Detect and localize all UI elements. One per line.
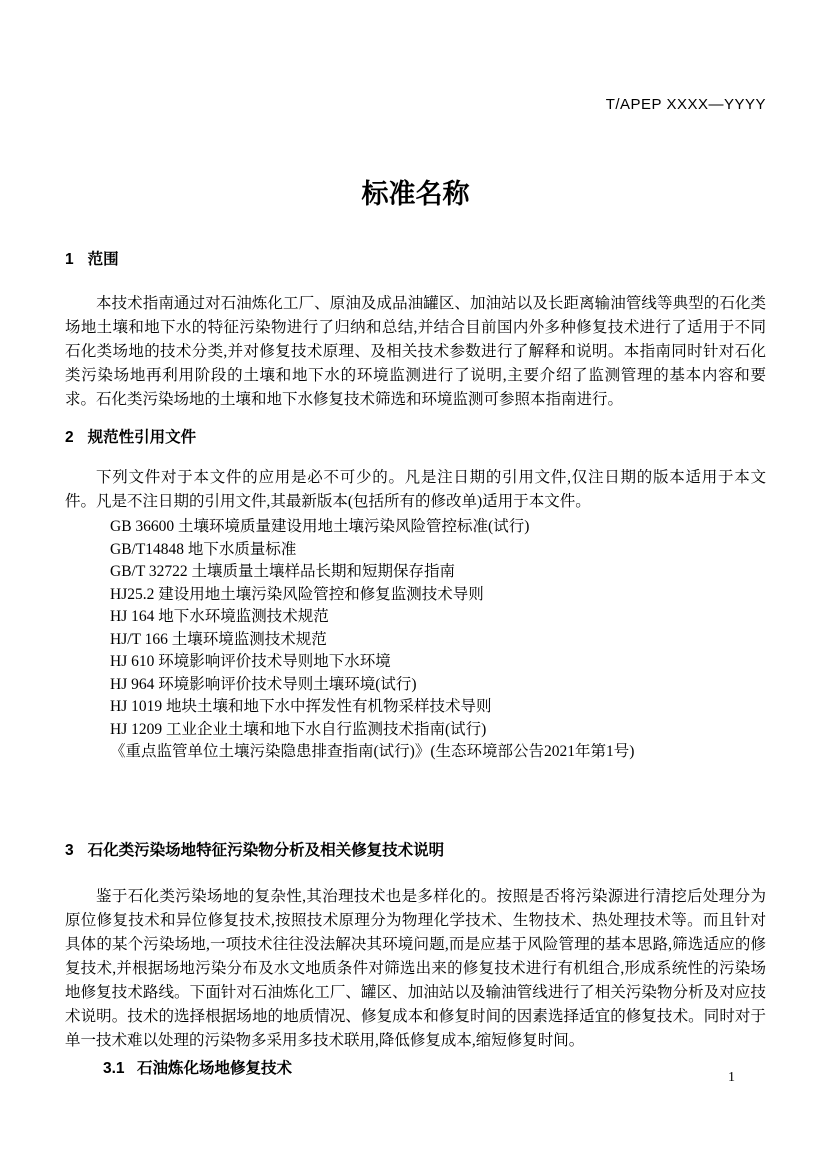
reference-list: GB 36600 土壤环境质量建设用地土壤污染风险管控标准(试行) GB/T14… (65, 516, 766, 764)
reference-item: GB/T14848 地下水质量标准 (110, 539, 766, 562)
reference-item: GB/T 32722 土壤质量土壤样品长期和短期保存指南 (110, 561, 766, 584)
document-page: T/APEP XXXX—YYYY 标准名称 1范围 本技术指南通过对石油炼化工厂… (0, 0, 826, 1169)
section-1-heading: 1范围 (65, 250, 766, 270)
section-3-1-number: 3.1 (103, 1060, 125, 1077)
reference-item: HJ 964 环境影响评价技术导则土壤环境(试行) (110, 674, 766, 697)
reference-item: HJ 610 环境影响评价技术导则地下水环境 (110, 651, 766, 674)
reference-item: HJ 164 地下水环境监测技术规范 (110, 606, 766, 629)
section-2-number: 2 (65, 429, 74, 446)
section-3-paragraph: 鉴于石化类污染场地的复杂性,其治理技术也是多样化的。按照是否将污染源进行清挖后处… (65, 885, 766, 1053)
reference-item: HJ/T 166 土壤环境监测技术规范 (110, 629, 766, 652)
section-3-1-heading: 3.1石油炼化场地修复技术 (103, 1059, 766, 1079)
section-1-title: 范围 (88, 251, 119, 268)
section-1-paragraph: 本技术指南通过对石油炼化工厂、原油及成品油罐区、加油站以及长距离输油管线等典型的… (65, 292, 766, 412)
section-1-number: 1 (65, 251, 74, 268)
reference-item: 《重点监管单位土壤污染隐患排查指南(试行)》(生态环境部公告2021年第1号) (110, 741, 766, 764)
section-3-heading: 3石化类污染场地特征污染物分析及相关修复技术说明 (65, 841, 766, 861)
page-number: 1 (728, 1070, 735, 1086)
reference-item: HJ 1019 地块土壤和地下水中挥发性有机物采样技术导则 (110, 696, 766, 719)
section-2-heading: 2规范性引用文件 (65, 428, 766, 448)
reference-item: HJ25.2 建设用地土壤污染风险管控和修复监测技术导则 (110, 584, 766, 607)
reference-item: HJ 1209 工业企业土壤和地下水自行监测技术指南(试行) (110, 719, 766, 742)
document-title: 标准名称 (65, 178, 766, 210)
section-3-number: 3 (65, 842, 74, 859)
standard-code: T/APEP XXXX—YYYY (65, 96, 766, 114)
section-2-title: 规范性引用文件 (88, 429, 197, 446)
section-3-1-title: 石油炼化场地修复技术 (137, 1060, 292, 1077)
section-3-title: 石化类污染场地特征污染物分析及相关修复技术说明 (88, 842, 445, 859)
section-2-intro-paragraph: 下列文件对于本文件的应用是必不可少的。凡是注日期的引用文件,仅注日期的版本适用于… (65, 466, 766, 514)
reference-item: GB 36600 土壤环境质量建设用地土壤污染风险管控标准(试行) (110, 516, 766, 539)
